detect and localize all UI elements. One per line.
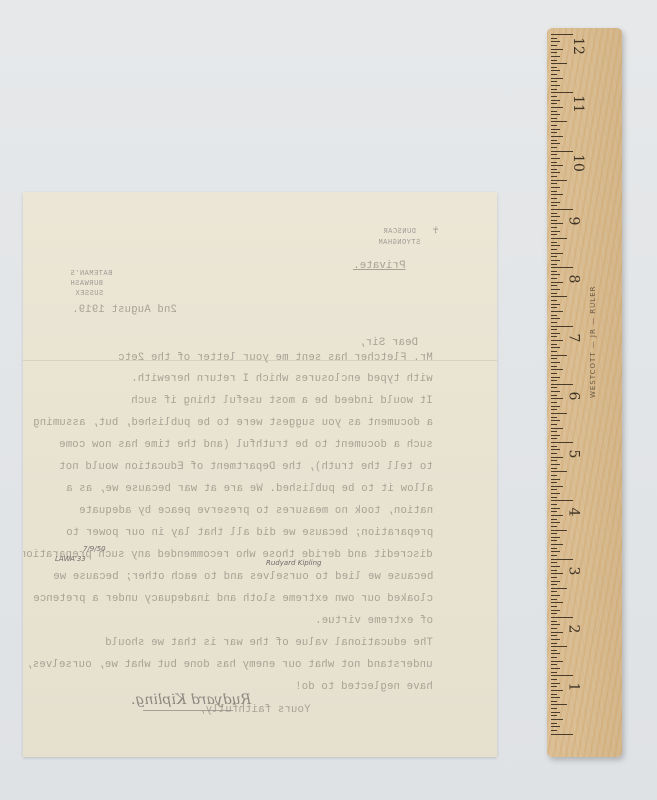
ruler-tick [551, 70, 560, 71]
ruler-tick [551, 132, 557, 133]
ruler-tick [551, 726, 560, 727]
ruler-tick [551, 85, 560, 86]
ruler-tick [551, 45, 557, 46]
ruler-tick [551, 245, 560, 246]
ruler-tick [551, 125, 557, 126]
ruler-tick [551, 304, 560, 305]
ruler-tick [551, 730, 557, 731]
signature-underline [143, 710, 233, 711]
ruler-tick [551, 111, 557, 112]
ruler-tick [551, 271, 557, 272]
ruler-tick [551, 409, 557, 410]
ruler-tick [551, 581, 560, 582]
body-line: The educational value of the war is that… [105, 637, 433, 649]
ruler-tick [551, 664, 557, 665]
ruler-tick [551, 708, 557, 709]
letter-paper: BATEMAN'S BURWASH SUSSEX DUNSCAR STYONGH… [23, 192, 497, 757]
ruler-tick [551, 234, 557, 235]
ruler-tick [551, 712, 560, 713]
letterhead-left-line-2: BURWASH [70, 280, 103, 288]
ruler-tick [551, 486, 563, 487]
ruler-tick [551, 318, 560, 319]
ruler-tick [551, 162, 557, 163]
ruler-tick [551, 679, 557, 680]
ruler-tick [551, 96, 557, 97]
ruler-tick [551, 103, 557, 104]
ruler-number: 5 [565, 450, 581, 459]
ruler-number: 3 [565, 566, 581, 575]
ruler-tick [551, 114, 560, 115]
ruler-tick [551, 307, 557, 308]
salutation: Dear Sir, [359, 337, 418, 349]
ruler-tick [551, 500, 573, 501]
ruler-tick [551, 362, 560, 363]
ruler-tick [551, 683, 560, 684]
ruler-tick [551, 256, 557, 257]
ruler-tick [551, 136, 563, 137]
ruler-tick [551, 143, 560, 144]
ruler-tick [551, 639, 560, 640]
ruler-tick [551, 424, 557, 425]
ruler-tick [551, 165, 563, 166]
ruler-tick [551, 588, 567, 589]
ruler-tick [551, 129, 560, 130]
ruler-tick [551, 107, 563, 108]
ruler-number: 12 [570, 37, 586, 55]
ruler-tick [551, 417, 557, 418]
ruler-number: 9 [565, 216, 581, 225]
ruler-tick [551, 238, 567, 239]
ruler-tick [551, 213, 557, 214]
ruler-tick [551, 446, 557, 447]
letterhead-left-line-3: SUSSEX [75, 290, 103, 298]
ruler-tick [551, 154, 557, 155]
ruler-tick [551, 464, 560, 465]
ruler-tick [551, 697, 560, 698]
ruler-tick [551, 562, 557, 563]
ruler-tick [551, 431, 557, 432]
ruler-tick [551, 482, 557, 483]
ruler-tick [551, 595, 560, 596]
ruler-tick [551, 690, 563, 691]
ruler-tick [551, 686, 557, 687]
ruler-tick [551, 402, 557, 403]
ruler-tick [551, 591, 557, 592]
ruler-tick [551, 479, 560, 480]
ruler-tick [551, 274, 560, 275]
ruler-tick [551, 220, 557, 221]
ruler-tick [551, 322, 557, 323]
ruler-tick [551, 610, 560, 611]
ruler-tick [551, 624, 560, 625]
ruler-tick [551, 278, 557, 279]
ruler-tick [551, 231, 560, 232]
body-line: such a document to be truthful (and the … [59, 439, 433, 451]
ruler-tick [551, 89, 557, 90]
pencil-note-name: Rudyard Kipling [266, 559, 321, 567]
ruler-number: 6 [565, 391, 581, 400]
ruler-tick [551, 555, 557, 556]
pencil-note-code: 7/9/50 [83, 545, 106, 553]
ruler-tick [551, 661, 563, 662]
ruler-tick [551, 264, 557, 265]
body-line: nation, took no measures to preserve pea… [79, 505, 433, 517]
ruler-tick [551, 449, 560, 450]
ruler-tick [551, 519, 557, 520]
ruler-tick [551, 471, 567, 472]
letterhead-right-line-2: STYONGHAM [378, 239, 420, 247]
ruler-tick [551, 719, 563, 720]
ruler-tick [551, 81, 557, 82]
ruler-tick [551, 675, 573, 676]
ruler-tick [551, 347, 560, 348]
ruler-tick [551, 260, 560, 261]
ruler-tick [551, 34, 573, 35]
ruler-tick [551, 191, 557, 192]
ruler-tick [551, 497, 557, 498]
ruler-tick [551, 63, 567, 64]
ruler-tick [551, 296, 567, 297]
ruler-tick [551, 522, 560, 523]
ruler-number: 8 [565, 275, 581, 284]
ruler-tick [551, 74, 557, 75]
ruler-tick [551, 172, 560, 173]
ruler-tick [551, 100, 560, 101]
ruler-tick [551, 599, 557, 600]
ruler-tick [551, 92, 573, 93]
ruler-tick [551, 326, 573, 327]
ruler-tick [551, 398, 563, 399]
ruler-tick [551, 602, 563, 603]
ruler-brand: WESTCOTT — JR — RULER [589, 286, 597, 398]
ruler-tick [551, 373, 557, 374]
ruler-tick [551, 52, 557, 53]
ruler-tick [551, 121, 567, 122]
ruler-tick [551, 140, 557, 141]
ruler-tick [551, 384, 573, 385]
ruler-tick [551, 628, 557, 629]
ruler-tick [551, 489, 557, 490]
ruler-tick [551, 358, 557, 359]
ruler-number: 1 [565, 683, 581, 692]
ruler-number: 10 [570, 154, 586, 172]
body-line: to tell the truth), the Department of Ed… [59, 461, 433, 473]
ruler-tick [551, 420, 560, 421]
ruler-tick [551, 227, 557, 228]
ruler-tick [551, 60, 557, 61]
ruler-tick [551, 653, 560, 654]
body-line: allow it to be published. We are at war … [66, 483, 433, 495]
ruler-tick [551, 413, 567, 414]
ruler-tick [551, 118, 557, 119]
ruler-tick [551, 285, 557, 286]
ruler-tick [551, 570, 557, 571]
ruler-tick [551, 668, 560, 669]
ruler-tick [551, 428, 563, 429]
ruler-tick [551, 559, 573, 560]
ruler-tick [551, 701, 557, 702]
ruler-tick [551, 544, 563, 545]
body-line: understand not what our enemy has done b… [26, 659, 433, 671]
ruler-tick [551, 377, 560, 378]
ruler-tick [551, 442, 573, 443]
ruler-tick [551, 340, 563, 341]
ruler-tick [551, 329, 557, 330]
ruler-tick [551, 734, 573, 735]
ruler-tick [551, 438, 557, 439]
ruler-tick [551, 613, 557, 614]
ruler-tick [551, 242, 557, 243]
ruler-tick [551, 147, 557, 148]
ruler-tick [551, 180, 567, 181]
letter-date: 2nd August 1919. [72, 304, 177, 316]
ruler-number: 11 [570, 95, 586, 113]
ruler-tick [551, 183, 557, 184]
ruler-tick [551, 67, 557, 68]
ruler-tick [551, 176, 557, 177]
body-line: cloaked our own extreme sloth and inadeq… [33, 593, 433, 605]
body-line: Mr. Fletcher has sent me your letter of … [118, 352, 433, 364]
ruler-tick [551, 526, 557, 527]
ruler-tick [551, 694, 557, 695]
ruler-tick [551, 406, 560, 407]
ruler-tick [551, 194, 563, 195]
ruler-tick [551, 646, 567, 647]
ruler-tick [551, 540, 557, 541]
ruler-tick [551, 475, 557, 476]
ruler-tick [551, 56, 560, 57]
ruler-tick [551, 311, 563, 312]
ruler-tick [551, 533, 557, 534]
ruler-tick [551, 351, 557, 352]
crest-icon: ☥ [433, 226, 438, 236]
ruler-tick [551, 715, 557, 716]
ruler-tick [551, 355, 567, 356]
ruler-tick [551, 643, 557, 644]
ruler-tick [551, 584, 557, 585]
ruler-tick [551, 187, 560, 188]
ruler-tick [551, 657, 557, 658]
ruler-tick [551, 395, 557, 396]
ruler-tick [551, 672, 557, 673]
ruler-tick [551, 202, 560, 203]
ruler-tick [551, 333, 560, 334]
ruler-tick [551, 380, 557, 381]
ruler-tick [551, 635, 557, 636]
ruler-tick [551, 435, 560, 436]
ruler-tick [551, 336, 557, 337]
ruler-tick [551, 151, 573, 152]
body-line: with typed enclosures which I return her… [131, 373, 433, 385]
ruler-tick [551, 391, 560, 392]
ruler-number: 2 [565, 625, 581, 634]
ruler-tick [551, 453, 557, 454]
ruler-tick [551, 366, 557, 367]
ruler-tick [551, 650, 557, 651]
ruler-tick [551, 300, 557, 301]
letterhead-left-line-1: BATEMAN'S [70, 270, 112, 278]
ruler-number: 4 [565, 508, 581, 517]
ruler-tick [551, 573, 563, 574]
ruler-tick [551, 606, 557, 607]
ruler-tick [551, 617, 573, 618]
ruler-tick [551, 530, 567, 531]
private-marking: Private. [353, 260, 405, 272]
ruler-tick [551, 293, 557, 294]
body-line: a document as you suggest were to be pub… [33, 417, 433, 429]
body-line: because we lied to ourselves and to each… [53, 571, 433, 583]
ruler-tick [551, 209, 573, 210]
ruler-tick [551, 460, 557, 461]
ruler-tick [551, 621, 557, 622]
ruler-tick [551, 249, 557, 250]
ruler-tick [551, 548, 557, 549]
ruler-tick [551, 493, 560, 494]
ruler-tick [551, 468, 557, 469]
ruler-tick [551, 267, 573, 268]
wooden-ruler: 121110987654321 WESTCOTT — JR — RULER [547, 28, 622, 757]
ruler-tick [551, 566, 560, 567]
ruler-tick [551, 387, 557, 388]
body-line: preparation; because we did all that lay… [66, 527, 433, 539]
signature: Rudyard Kipling. [131, 692, 251, 708]
ruler-tick [551, 216, 560, 217]
ruler-tick [551, 38, 557, 39]
ruler-tick [551, 457, 563, 458]
ruler-tick [551, 78, 563, 79]
ruler-tick [551, 205, 557, 206]
ruler-tick [551, 515, 563, 516]
ruler-tick [551, 577, 557, 578]
body-line: have neglected to do! [295, 681, 433, 693]
letterhead-right-line-1: DUNSCAR [383, 228, 416, 236]
ruler-tick [551, 41, 560, 42]
ruler-tick [551, 223, 563, 224]
ruler-tick [551, 282, 563, 283]
ruler-tick [551, 315, 557, 316]
ruler-tick [551, 704, 567, 705]
ruler-tick [551, 723, 557, 724]
ruler-tick [551, 632, 563, 633]
ruler-tick [551, 169, 557, 170]
body-line: It would indeed be a most useful thing i… [131, 395, 433, 407]
ruler-tick [551, 551, 560, 552]
ruler-tick [551, 49, 563, 50]
ruler-tick [551, 158, 560, 159]
ruler-tick [551, 253, 563, 254]
pencil-note-ref: LAWA'33 [55, 555, 86, 563]
ruler-tick [551, 508, 560, 509]
ruler-tick [551, 504, 557, 505]
ruler-number: 7 [565, 333, 581, 342]
ruler-tick [551, 511, 557, 512]
body-line: of extreme virtue. [315, 615, 433, 627]
ruler-tick [551, 537, 560, 538]
ruler-tick [551, 369, 563, 370]
ruler-tick [551, 289, 560, 290]
ruler-tick [551, 198, 557, 199]
ruler-tick [551, 344, 557, 345]
